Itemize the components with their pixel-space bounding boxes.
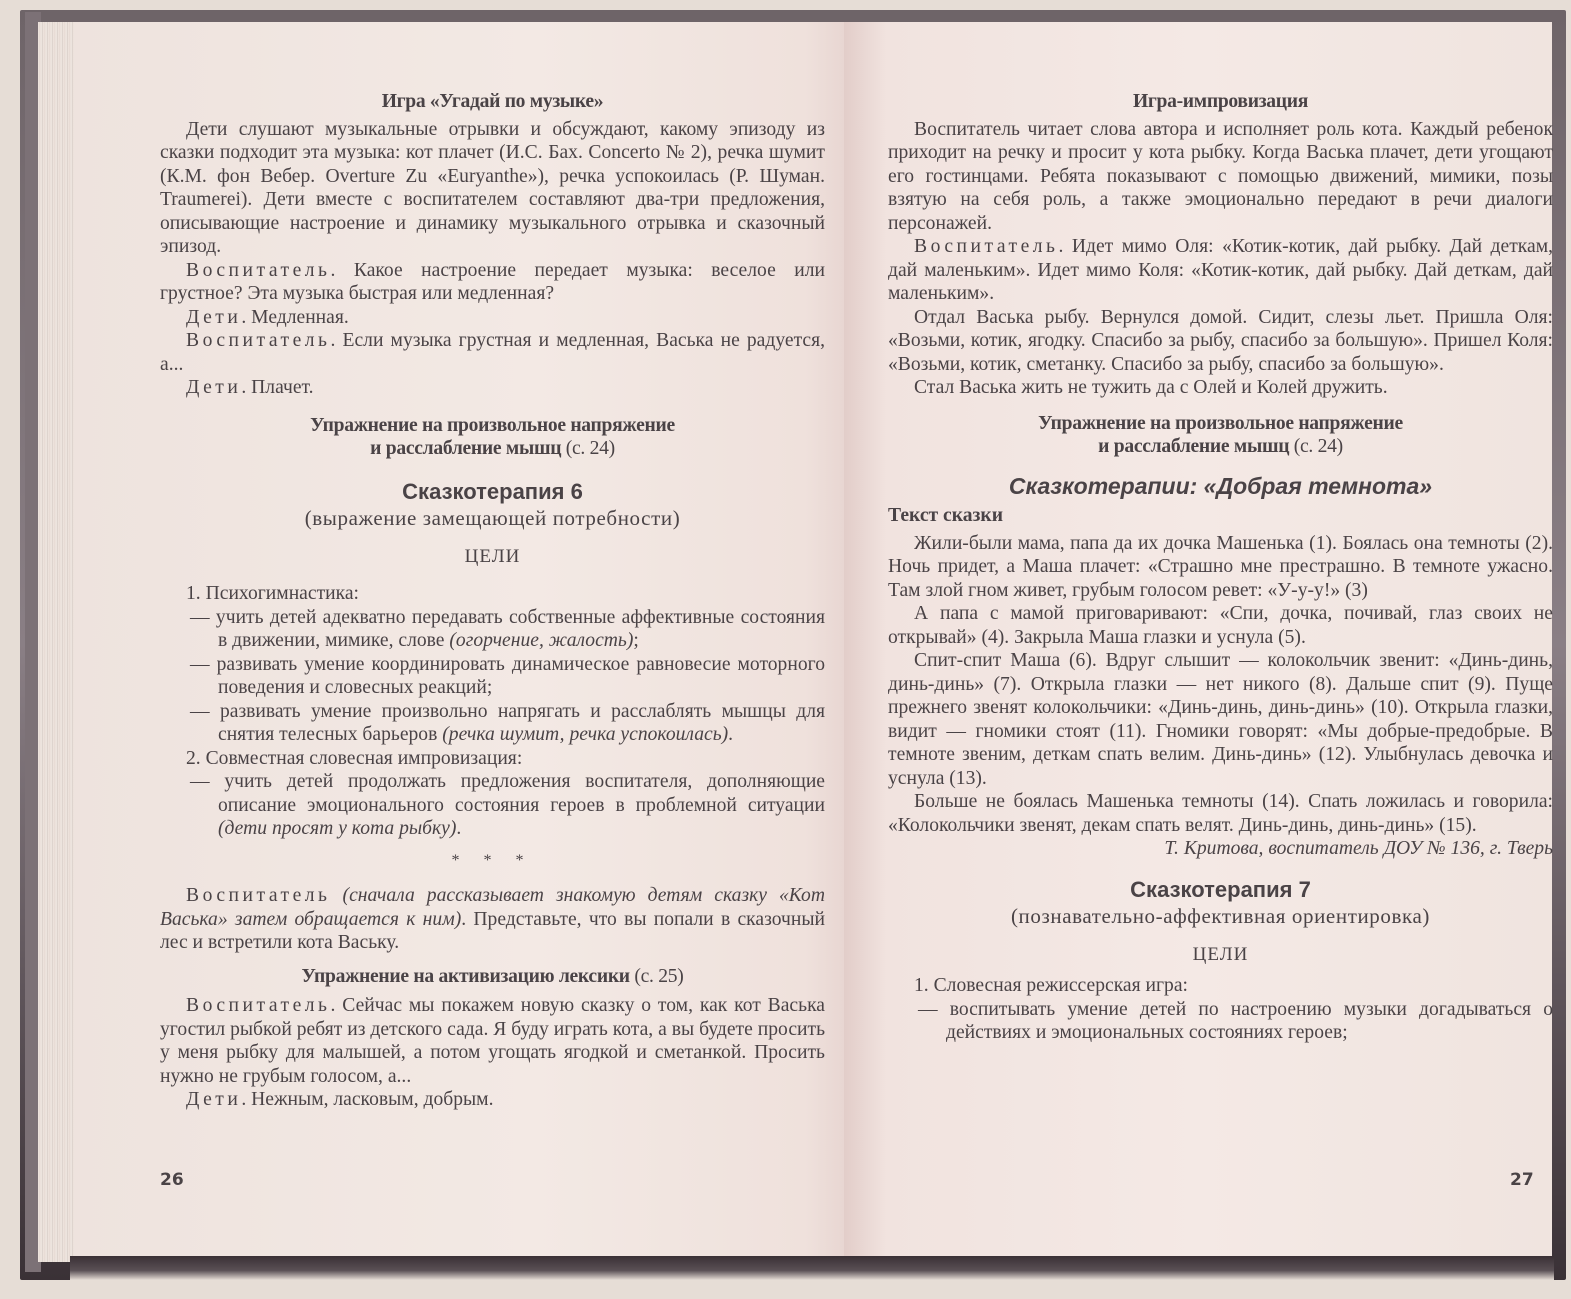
exercise-heading: Упражнение на активизацию лексики (с. 25… <box>160 965 825 989</box>
goal-item: — развивать умение координировать динами… <box>160 653 825 700</box>
goal-item: — развивать умение произвольно напрягать… <box>160 700 825 747</box>
exercise-heading: Упражнение на произвольное напряжение и … <box>160 414 825 461</box>
dialogue-line: Воспитатель. Какое настроение передает м… <box>160 259 825 306</box>
author-signature: Т. Критова, воспитатель ДОУ № 136, г. Тв… <box>888 837 1553 861</box>
game-title: Игра «Угадай по музыке» <box>160 90 825 114</box>
dialogue-line: Дети. Нежным, ласковым, добрым. <box>160 1088 825 1112</box>
game-description: Воспитатель читает слова автора и исполн… <box>888 118 1553 236</box>
goals-label: ЦЕЛИ <box>160 545 825 569</box>
speaker: Дети <box>186 307 241 328</box>
therapy-title: Сказкотерапия 7 <box>888 877 1553 903</box>
goal-item: — учить детей адекватно передавать собст… <box>160 606 825 653</box>
dialogue-line: Воспитатель. Идет мимо Оля: «Котик-котик… <box>888 235 1553 306</box>
game-description: Дети слушают музыкальные отрывки и обсуж… <box>160 118 825 259</box>
left-page-column: Игра «Угадай по музыке» Дети слушают муз… <box>160 90 825 1112</box>
exercise-heading: Упражнение на произвольное напряжение и … <box>888 412 1553 459</box>
book-bottom-shadow <box>70 1256 1554 1280</box>
section-separator: * * * <box>160 849 825 873</box>
tale-subheading: Текст сказки <box>888 504 1553 528</box>
tale-paragraph: Больше не боялась Машенька темноты (14).… <box>888 790 1553 837</box>
tale-title: Сказкотерапии: «Добрая темнота» <box>888 475 1553 499</box>
dialogue-line: Воспитатель. Если музыка грустная и медл… <box>160 329 825 376</box>
tale-paragraph: А папа с мамой приговаривают: «Спи, дочк… <box>888 602 1553 649</box>
right-page-column: Игра-импровизация Воспитатель читает сло… <box>888 90 1553 1045</box>
therapy-title: Сказкотерапия 6 <box>160 479 825 505</box>
goal-item: — воспитывать умение детей по настроению… <box>888 998 1553 1045</box>
game-title: Игра-импровизация <box>888 90 1553 114</box>
page-stack-edge <box>38 22 74 1262</box>
dialogue-line: Дети. Медленная. <box>160 306 825 330</box>
dialogue-line: Воспитатель. Сейчас мы покажем новую ска… <box>160 994 825 1088</box>
therapy-subtitle: (выражение замещающей потребности) <box>160 505 825 531</box>
speaker: Воспитатель <box>186 330 331 351</box>
intro-paragraph: Воспитатель (сначала рассказывает знаком… <box>160 884 825 955</box>
page-number-right: 27 <box>1510 1170 1534 1190</box>
tale-paragraph: Спит-спит Маша (6). Вдруг слышит — колок… <box>888 649 1553 790</box>
goals-label: ЦЕЛИ <box>888 943 1553 967</box>
tale-paragraph: Жили-были мама, папа да их дочка Машеньк… <box>888 532 1553 603</box>
page-number-left: 26 <box>160 1170 184 1190</box>
story-paragraph: Стал Васька жить не тужить да с Олей и К… <box>888 376 1553 400</box>
goal-heading: 2. Совместная словесная импровизация: <box>160 747 825 771</box>
story-paragraph: Отдал Васька рыбу. Вернулся домой. Сидит… <box>888 306 1553 377</box>
speaker: Дети <box>186 377 241 398</box>
speaker: Воспитатель <box>186 260 331 281</box>
goal-item: — учить детей продолжать предложения вос… <box>160 770 825 841</box>
goal-heading: 1. Психогимнастика: <box>160 582 825 606</box>
goal-heading: 1. Словесная режиссерская игра: <box>888 974 1553 998</box>
therapy-subtitle: (познавательно-аффективная ориентировка) <box>888 903 1553 929</box>
dialogue-line: Дети. Плачет. <box>160 376 825 400</box>
